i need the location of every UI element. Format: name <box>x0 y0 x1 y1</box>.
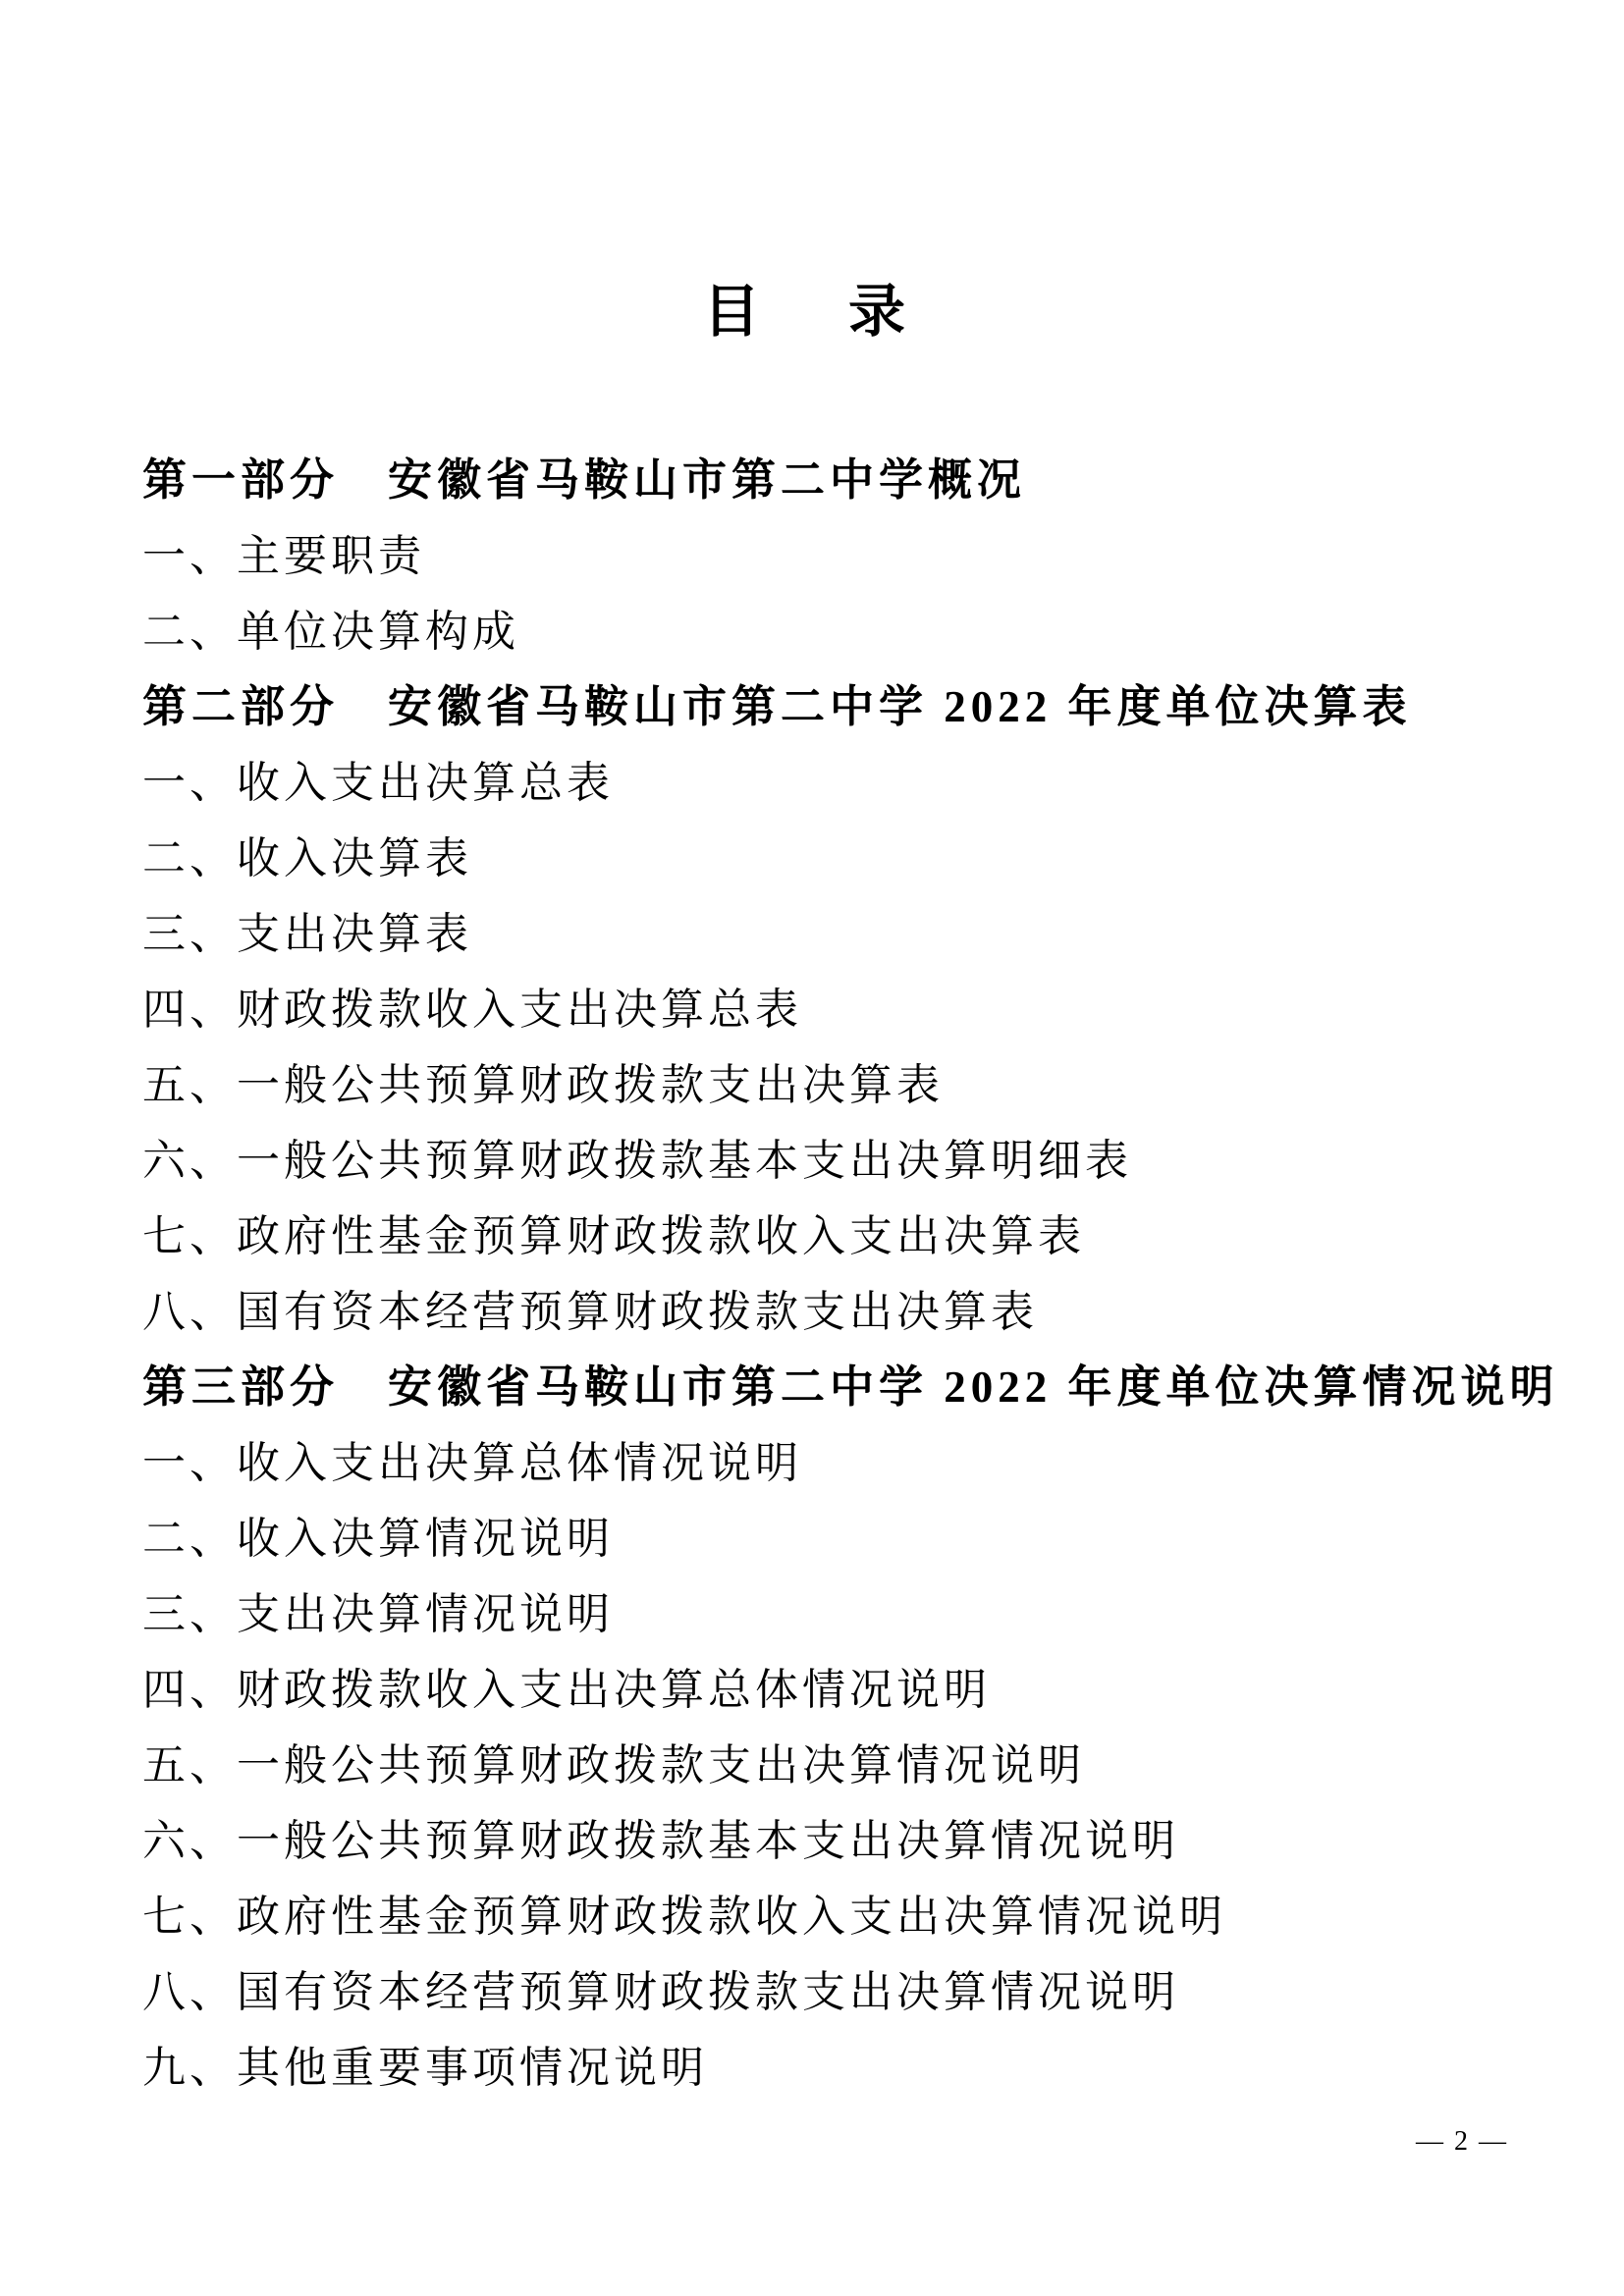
toc-item: 七、政府性基金预算财政拨款收入支出决算表 <box>142 1194 1555 1269</box>
toc-item: 八、国有资本经营预算财政拨款支出决算情况说明 <box>142 1949 1555 2025</box>
toc-item: 二、单位决算构成 <box>142 589 1555 665</box>
page-title: 目 录 <box>0 281 1624 344</box>
toc-section-heading: 第二部分 安徽省马鞍山市第二中学 2022 年度单位决算表 <box>142 665 1555 740</box>
toc-item: 四、财政拨款收入支出决算总体情况说明 <box>142 1647 1555 1723</box>
toc-item: 六、一般公共预算财政拨款基本支出决算情况说明 <box>142 1798 1555 1874</box>
table-of-contents: 第一部分 安徽省马鞍山市第二中学概况一、主要职责二、单位决算构成第二部分 安徽省… <box>142 438 1555 2101</box>
toc-item: 九、其他重要事项情况说明 <box>142 2025 1555 2101</box>
toc-item: 二、收入决算表 <box>142 816 1555 891</box>
document-page: 目 录 第一部分 安徽省马鞍山市第二中学概况一、主要职责二、单位决算构成第二部分… <box>0 0 1624 2296</box>
toc-item: 一、主要职责 <box>142 513 1555 589</box>
toc-item: 五、一般公共预算财政拨款支出决算情况说明 <box>142 1723 1555 1798</box>
toc-item: 一、收入支出决算总表 <box>142 740 1555 816</box>
toc-item: 三、支出决算情况说明 <box>142 1572 1555 1647</box>
toc-item: 三、支出决算表 <box>142 891 1555 967</box>
page-number: — 2 — <box>1416 2126 1508 2158</box>
toc-item: 二、收入决算情况说明 <box>142 1496 1555 1572</box>
toc-item: 五、一般公共预算财政拨款支出决算表 <box>142 1042 1555 1118</box>
toc-section-heading: 第一部分 安徽省马鞍山市第二中学概况 <box>142 438 1555 513</box>
toc-section-heading: 第三部分 安徽省马鞍山市第二中学 2022 年度单位决算情况说明 <box>142 1345 1555 1420</box>
toc-item: 一、收入支出决算总体情况说明 <box>142 1420 1555 1496</box>
toc-item: 六、一般公共预算财政拨款基本支出决算明细表 <box>142 1118 1555 1194</box>
toc-item: 八、国有资本经营预算财政拨款支出决算表 <box>142 1269 1555 1345</box>
toc-item: 四、财政拨款收入支出决算总表 <box>142 967 1555 1042</box>
toc-item: 七、政府性基金预算财政拨款收入支出决算情况说明 <box>142 1874 1555 1949</box>
